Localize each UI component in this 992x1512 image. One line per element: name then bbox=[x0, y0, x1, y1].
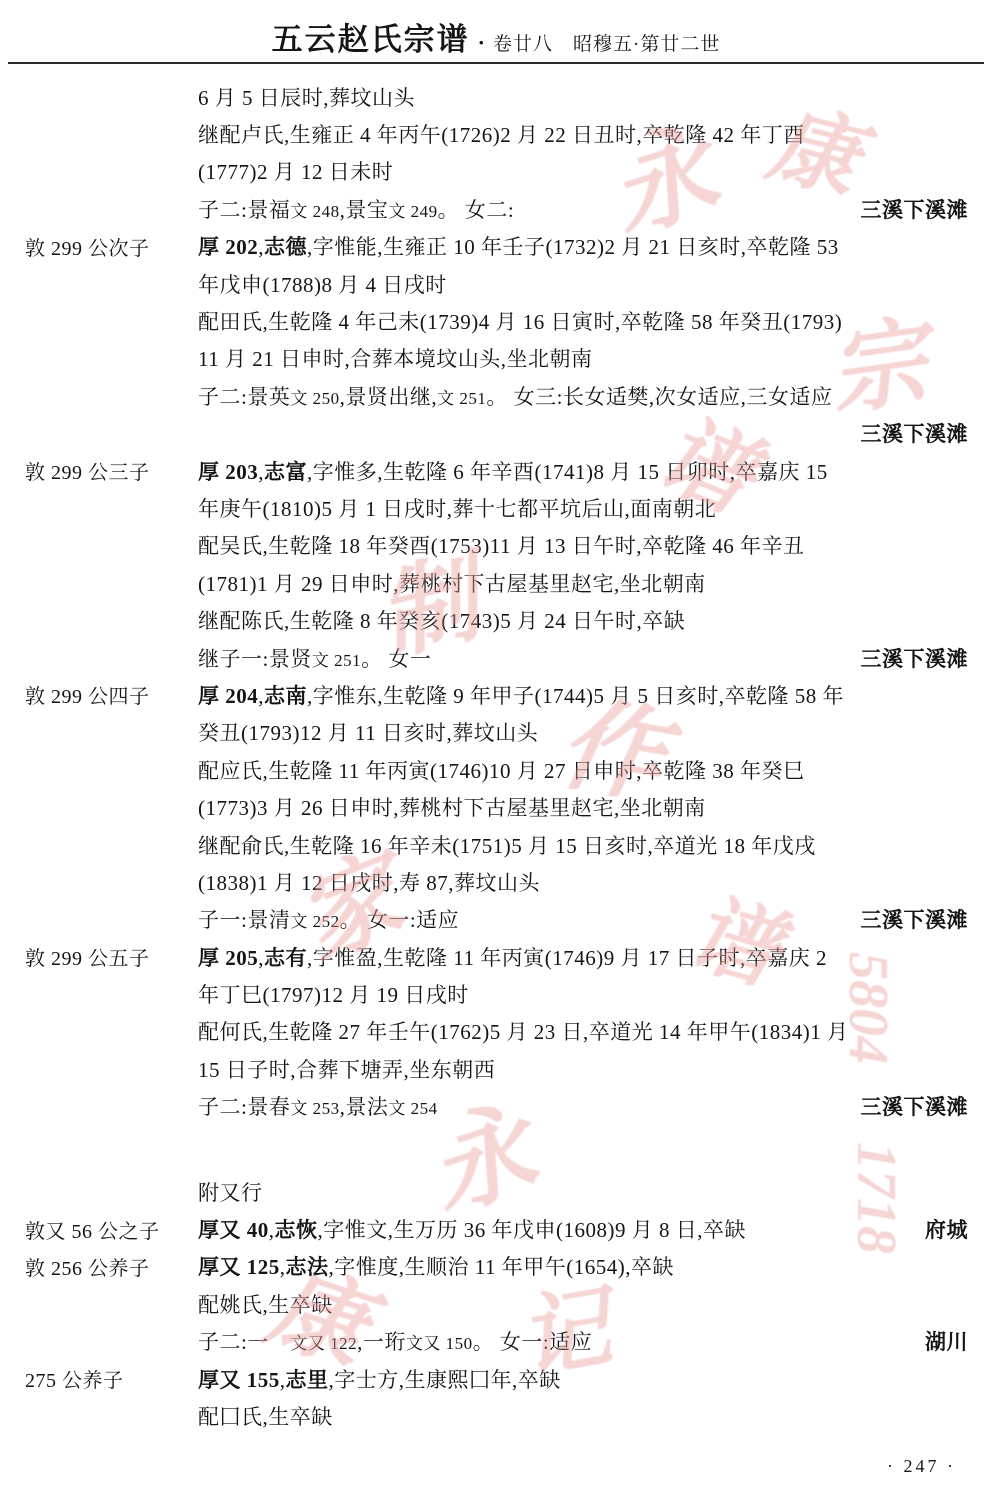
title-separator-dot: · bbox=[470, 30, 493, 55]
entry-text: 子二:一 文又 122,一珩文又 150。 女一:适应 bbox=[198, 1326, 592, 1356]
genealogy-line: 敦 299 公三子厚 203,志富,字惟多,生乾隆 6 年辛酉(1741)8 月… bbox=[198, 452, 968, 489]
header-divider bbox=[8, 62, 984, 64]
genealogy-line: 配何氏,生乾隆 27 年壬午(1762)5 月 23 日,卒道光 14 年甲午(… bbox=[198, 1013, 968, 1050]
genealogy-line: 继子一:景贤文 251。 女一三溪下溪滩 bbox=[198, 639, 968, 676]
entry-text: 配姚氏,生卒缺 bbox=[198, 1289, 333, 1319]
genealogy-line: (1838)1 月 12 日戌时,寿 87,葬坟山头 bbox=[198, 863, 968, 900]
location-label: 三溪下溪滩 bbox=[847, 418, 969, 448]
genealogy-line: 年丁巳(1797)12 月 19 日戌时 bbox=[198, 975, 968, 1012]
genealogy-line: 子二:一 文又 122,一珩文又 150。 女一:适应湖川 bbox=[198, 1323, 968, 1360]
genealogy-line: 配囗氏,生卒缺 bbox=[198, 1397, 968, 1434]
genealogy-line: (1773)3 月 26 日申时,葬桃村下古屋基里赵宅,坐北朝南 bbox=[198, 788, 968, 825]
genealogy-line: 配田氏,生乾隆 4 年己未(1739)4 月 16 日寅时,卒乾隆 58 年癸丑… bbox=[198, 302, 968, 339]
genealogy-line: 11 月 21 日申时,合葬本境坟山头,坐北朝南 bbox=[198, 340, 968, 377]
genealogy-line: 敦 299 公四子厚 204,志南,字惟东,生乾隆 9 年甲子(1744)5 月… bbox=[198, 676, 968, 713]
page-number: · 247 · bbox=[887, 1456, 956, 1477]
entry-text: 配囗氏,生卒缺 bbox=[198, 1401, 333, 1431]
genealogy-line: 附又行 bbox=[198, 1173, 968, 1210]
genealogy-line: 6 月 5 日辰时,葬坟山头 bbox=[198, 78, 968, 115]
entry-text: 厚又 155,志里,字士方,生康熙囗年,卒缺 bbox=[198, 1364, 561, 1394]
entry-text: 6 月 5 日辰时,葬坟山头 bbox=[198, 82, 415, 112]
genealogy-line: 年戊申(1788)8 月 4 日戌时 bbox=[198, 265, 968, 302]
generation-label: 敦 299 公次子 bbox=[25, 232, 195, 261]
genealogy-line: 敦 256 公养子厚又 125,志法,字惟度,生顺治 11 年甲午(1654),… bbox=[198, 1248, 968, 1285]
generation-label: 敦 299 公五子 bbox=[25, 942, 195, 971]
volume-subtitle: 卷廿八 昭穆五·第廿二世 bbox=[493, 34, 720, 55]
genealogy-line: 敦又 56 公之子厚又 40,志恢,字惟文,生万历 36 年戊申(1608)9 … bbox=[198, 1210, 968, 1247]
entry-text: 厚又 125,志法,字惟度,生顺治 11 年甲午(1654),卒缺 bbox=[198, 1251, 674, 1281]
entry-text: 癸丑(1793)12 月 11 日亥时,葬坟山头 bbox=[198, 717, 538, 747]
genealogy-line: 敦 299 公次子厚 202,志德,字惟能,生雍正 10 年壬子(1732)2 … bbox=[198, 228, 968, 265]
entry-text: 继配卢氏,生雍正 4 年丙午(1726)2 月 22 日丑时,卒乾隆 42 年丁… bbox=[198, 119, 805, 149]
location-label: 三溪下溪滩 bbox=[847, 194, 969, 224]
genealogy-line: 继配陈氏,生乾隆 8 年癸亥(1743)5 月 24 日午时,卒缺 bbox=[198, 601, 968, 638]
entry-text: (1781)1 月 29 日申时,葬桃村下古屋基里赵宅,坐北朝南 bbox=[198, 568, 706, 598]
entry-text: 15 日子时,合葬下塘弄,坐东朝西 bbox=[198, 1054, 495, 1084]
genealogy-line: 年庚午(1810)5 月 1 日戌时,葬十七都平坑后山,面南朝北 bbox=[198, 489, 968, 526]
generation-label: 敦 256 公养子 bbox=[25, 1252, 195, 1281]
entry-text: 子一:景清文 252。 女一:适应 bbox=[198, 904, 459, 934]
location-label: 三溪下溪滩 bbox=[847, 904, 969, 934]
entry-text: 年丁巳(1797)12 月 19 日戌时 bbox=[198, 979, 469, 1009]
genealogy-line: 子一:景清文 252。 女一:适应三溪下溪滩 bbox=[198, 901, 968, 938]
entry-text: 厚 204,志南,字惟东,生乾隆 9 年甲子(1744)5 月 5 日亥时,卒乾… bbox=[198, 680, 844, 710]
genealogy-line: 配姚氏,生卒缺 bbox=[198, 1285, 968, 1322]
location-label: 三溪下溪滩 bbox=[847, 1091, 969, 1121]
entry-text: 子二:景福文 248,景宝文 249。 女二: bbox=[198, 194, 514, 224]
entries-list: 6 月 5 日辰时,葬坟山头继配卢氏,生雍正 4 年丙午(1726)2 月 22… bbox=[198, 78, 968, 1435]
entry-text: 配应氏,生乾隆 11 年丙寅(1746)10 月 27 日申时,卒乾隆 38 年… bbox=[198, 755, 804, 785]
genealogy-line: 敦 299 公五子厚 205,志有,字惟盈,生乾隆 11 年丙寅(1746)9 … bbox=[198, 938, 968, 975]
entry-text: 继子一:景贤文 251。 女一 bbox=[198, 643, 431, 673]
entry-text: 厚 202,志德,字惟能,生雍正 10 年壬子(1732)2 月 21 日亥时,… bbox=[198, 231, 839, 261]
entry-text: (1838)1 月 12 日戌时,寿 87,葬坟山头 bbox=[198, 867, 540, 897]
genealogy-line: (1781)1 月 29 日申时,葬桃村下古屋基里赵宅,坐北朝南 bbox=[198, 564, 968, 601]
genealogy-page: 五云赵氏宗谱·卷廿八 昭穆五·第廿二世 6 月 5 日辰时,葬坟山头继配卢氏,生… bbox=[0, 0, 992, 1512]
entry-text: 11 月 21 日申时,合葬本境坟山头,坐北朝南 bbox=[198, 343, 592, 373]
entry-text: 子二:景英文 250,景贤出继,文 251。 女三:长女适樊,次女适应,三女适应 bbox=[198, 381, 832, 411]
entry-text: 配吴氏,生乾隆 18 年癸酉(1753)11 月 13 日午时,卒乾隆 46 年… bbox=[198, 530, 804, 560]
entry-text: 继配俞氏,生乾隆 16 年辛未(1751)5 月 15 日亥时,卒道光 18 年… bbox=[198, 830, 816, 860]
entry-text: 厚又 40,志恢,字惟文,生万历 36 年戊申(1608)9 月 8 日,卒缺 bbox=[198, 1214, 746, 1244]
genealogy-line: 子二:景春文 253,景法文 254三溪下溪滩 bbox=[198, 1088, 968, 1125]
location-label: 府城 bbox=[911, 1214, 968, 1244]
book-title: 五云赵氏宗谱 bbox=[272, 22, 470, 57]
generation-label: 275 公养子 bbox=[25, 1364, 195, 1393]
genealogy-line: 子二:景福文 248,景宝文 249。 女二:三溪下溪滩 bbox=[198, 190, 968, 227]
generation-label: 敦又 56 公之子 bbox=[25, 1215, 195, 1244]
entry-text: 年戊申(1788)8 月 4 日戌时 bbox=[198, 269, 447, 299]
entry-text: 年庚午(1810)5 月 1 日戌时,葬十七都平坑后山,面南朝北 bbox=[198, 493, 716, 523]
entry-text: 配田氏,生乾隆 4 年己未(1739)4 月 16 日寅时,卒乾隆 58 年癸丑… bbox=[198, 306, 842, 336]
genealogy-line: 配应氏,生乾隆 11 年丙寅(1746)10 月 27 日申时,卒乾隆 38 年… bbox=[198, 751, 968, 788]
location-label: 湖川 bbox=[911, 1326, 968, 1356]
genealogy-line: 三溪下溪滩 bbox=[198, 415, 968, 452]
entry-text: (1773)3 月 26 日申时,葬桃村下古屋基里赵宅,坐北朝南 bbox=[198, 792, 706, 822]
location-label: 三溪下溪滩 bbox=[847, 643, 969, 673]
entry-text: 子二:景春文 253,景法文 254 bbox=[198, 1091, 438, 1121]
genealogy-line: 275 公养子厚又 155,志里,字士方,生康熙囗年,卒缺 bbox=[198, 1360, 968, 1397]
page-header: 五云赵氏宗谱·卷廿八 昭穆五·第廿二世 bbox=[0, 14, 992, 59]
entry-text: 附又行 bbox=[198, 1177, 263, 1207]
genealogy-line: 癸丑(1793)12 月 11 日亥时,葬坟山头 bbox=[198, 714, 968, 751]
genealogy-line: 继配卢氏,生雍正 4 年丙午(1726)2 月 22 日丑时,卒乾隆 42 年丁… bbox=[198, 115, 968, 152]
entry-text: (1777)2 月 12 日未时 bbox=[198, 156, 393, 186]
genealogy-line: 继配俞氏,生乾隆 16 年辛未(1751)5 月 15 日亥时,卒道光 18 年… bbox=[198, 826, 968, 863]
generation-label: 敦 299 公四子 bbox=[25, 680, 195, 709]
entry-text: 继配陈氏,生乾隆 8 年癸亥(1743)5 月 24 日午时,卒缺 bbox=[198, 605, 685, 635]
genealogy-line: 15 日子时,合葬下塘弄,坐东朝西 bbox=[198, 1050, 968, 1087]
genealogy-line: 子二:景英文 250,景贤出继,文 251。 女三:长女适樊,次女适应,三女适应 bbox=[198, 377, 968, 414]
entry-text: 配何氏,生乾隆 27 年壬午(1762)5 月 23 日,卒道光 14 年甲午(… bbox=[198, 1016, 848, 1046]
entry-text: 厚 205,志有,字惟盈,生乾隆 11 年丙寅(1746)9 月 17 日子时,… bbox=[198, 942, 827, 972]
genealogy-line: (1777)2 月 12 日未时 bbox=[198, 153, 968, 190]
genealogy-line: 配吴氏,生乾隆 18 年癸酉(1753)11 月 13 日午时,卒乾隆 46 年… bbox=[198, 527, 968, 564]
generation-label: 敦 299 公三子 bbox=[25, 456, 195, 485]
entry-text: 厚 203,志富,字惟多,生乾隆 6 年辛酉(1741)8 月 15 日卯时,卒… bbox=[198, 456, 828, 486]
